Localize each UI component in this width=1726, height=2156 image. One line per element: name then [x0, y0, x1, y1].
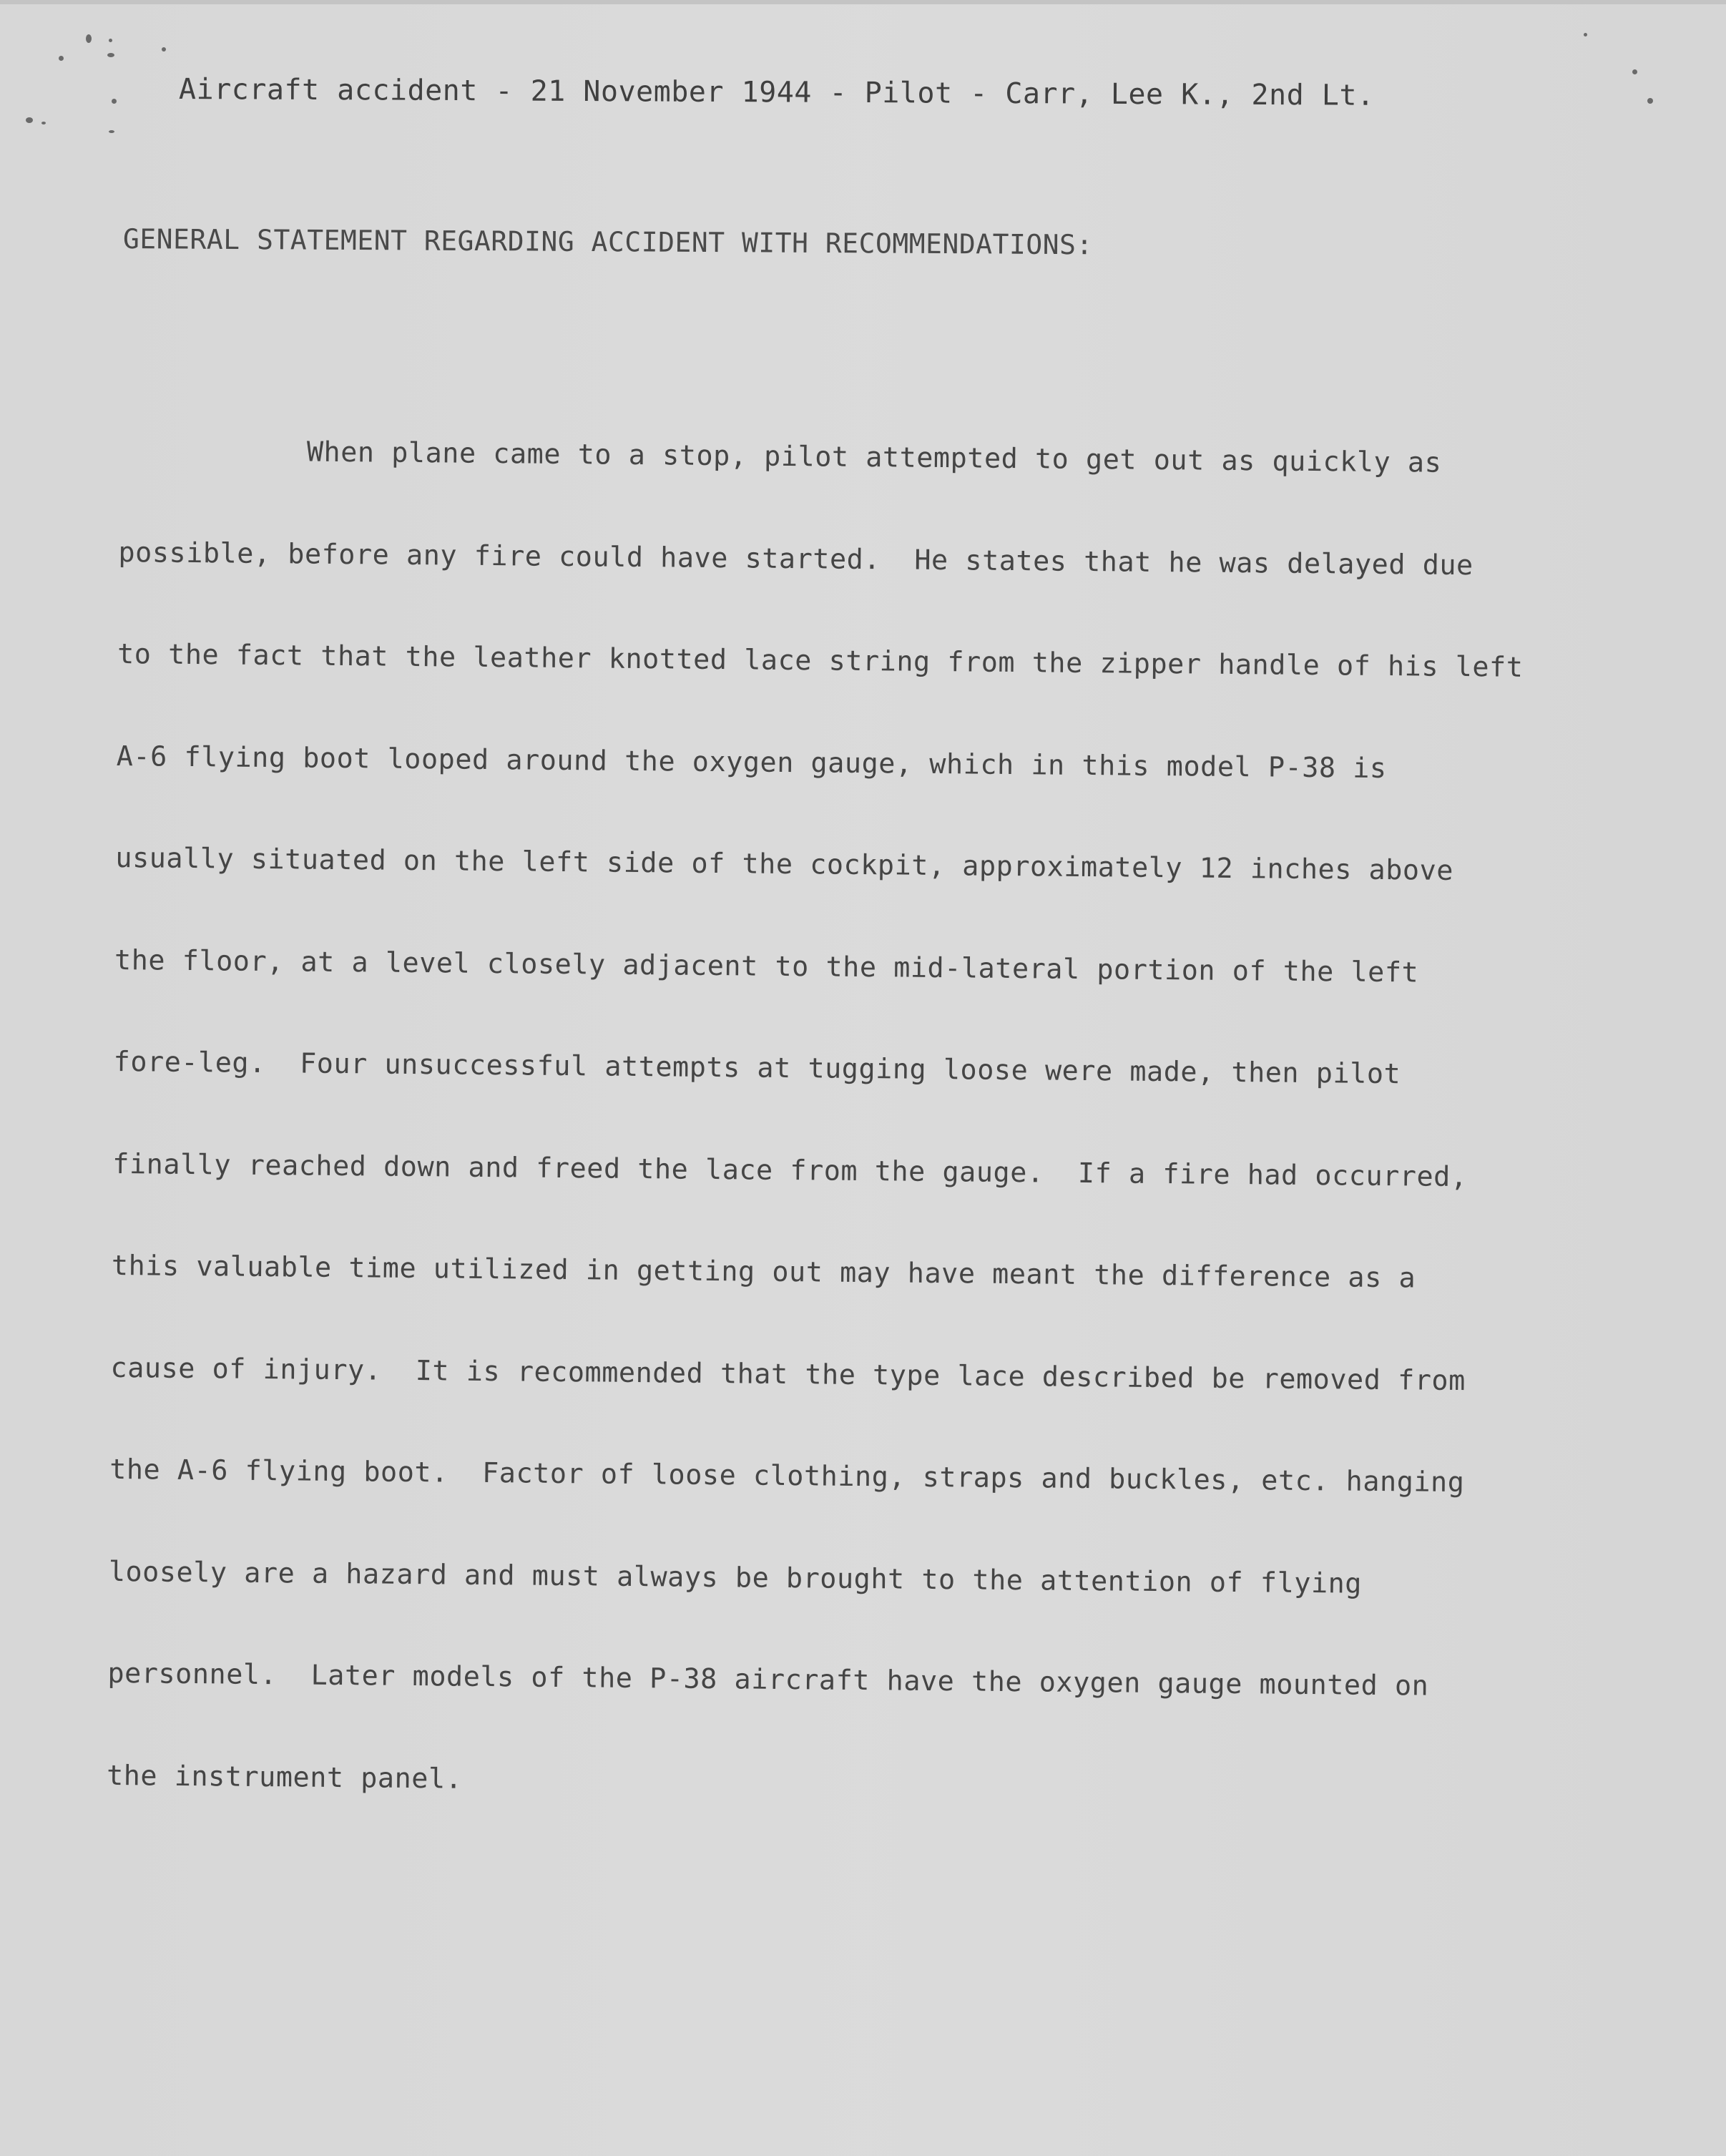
- ink-speck: [162, 47, 166, 52]
- ink-speck: [107, 53, 114, 57]
- body-paragraph: When plane came to a stop, pilot attempt…: [106, 366, 1526, 1874]
- section-heading: GENERAL STATEMENT REGARDING ACCIDENT WIT…: [123, 223, 1093, 260]
- paragraph-line: usually situated on the left side of the…: [115, 841, 1521, 888]
- ink-speck: [112, 99, 117, 104]
- paragraph-line: finally reached down and freed the lace …: [112, 1147, 1519, 1194]
- ink-speck: [86, 34, 92, 43]
- paragraph-line: loosely are a hazard and must always be …: [109, 1554, 1515, 1602]
- ink-speck: [109, 39, 112, 42]
- paragraph-line: possible, before any fire could have sta…: [118, 535, 1524, 582]
- paragraph-line: personnel. Later models of the P-38 airc…: [107, 1657, 1514, 1704]
- paragraph-line: the A-6 flying boot. Factor of loose clo…: [109, 1453, 1516, 1500]
- ink-speck: [109, 130, 114, 133]
- document-header: Aircraft accident - 21 November 1944 - P…: [179, 73, 1375, 112]
- ink-speck: [59, 56, 64, 61]
- paragraph-line: When plane came to a stop, pilot attempt…: [119, 433, 1526, 481]
- paragraph-line: the floor, at a level closely adjacent t…: [114, 943, 1521, 990]
- ink-speck: [1584, 33, 1587, 36]
- ink-speck: [26, 117, 33, 123]
- paragraph-line: the instrument panel.: [107, 1758, 1513, 1805]
- paragraph-line: to the fact that the leather knotted lac…: [117, 637, 1524, 685]
- ink-speck: [1647, 98, 1653, 104]
- ink-speck: [1632, 69, 1637, 74]
- paragraph-line: fore-leg. Four unsuccessful attempts at …: [113, 1045, 1519, 1092]
- paragraph-line: A-6 flying boot looped around the oxygen…: [117, 739, 1523, 786]
- paragraph-line: this valuable time utilized in getting o…: [112, 1249, 1518, 1296]
- paragraph-line: cause of injury. It is recommended that …: [110, 1351, 1516, 1398]
- ink-speck: [41, 122, 46, 124]
- document-page: Aircraft accident - 21 November 1944 - P…: [0, 0, 1726, 2156]
